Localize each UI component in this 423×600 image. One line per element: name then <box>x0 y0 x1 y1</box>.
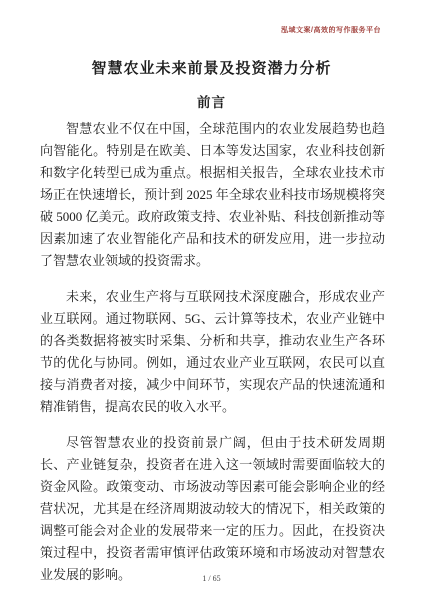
paragraph-investment-risk: 尽管智慧农业的投资前景广阔，但由于技术研发周期长、产业链复杂，投资者在进入这一领… <box>40 432 385 586</box>
document-body: 智慧农业不仅在中国，全球范围内的农业发展趋势也趋向智能化。特别是在欧美、日本等发… <box>0 118 423 586</box>
document-title: 智慧农业未来前景及投资潜力分析 <box>0 57 423 78</box>
section-heading-preface: 前言 <box>0 91 423 111</box>
watermark-brand: 泓域文案/高效的写作服务平台 <box>281 25 381 35</box>
page-number: 1 / 65 <box>0 574 423 583</box>
document-page: { "page": { "watermark": "泓域文案/高效的写作服务平台… <box>0 0 423 600</box>
paragraph-industry-internet: 未来，农业生产将与互联网技术深度融合，形成农业产业互联网。通过物联网、5G、云计… <box>40 286 385 418</box>
paragraph-global-trend: 智慧农业不仅在中国，全球范围内的农业发展趋势也趋向智能化。特别是在欧美、日本等发… <box>40 118 385 272</box>
